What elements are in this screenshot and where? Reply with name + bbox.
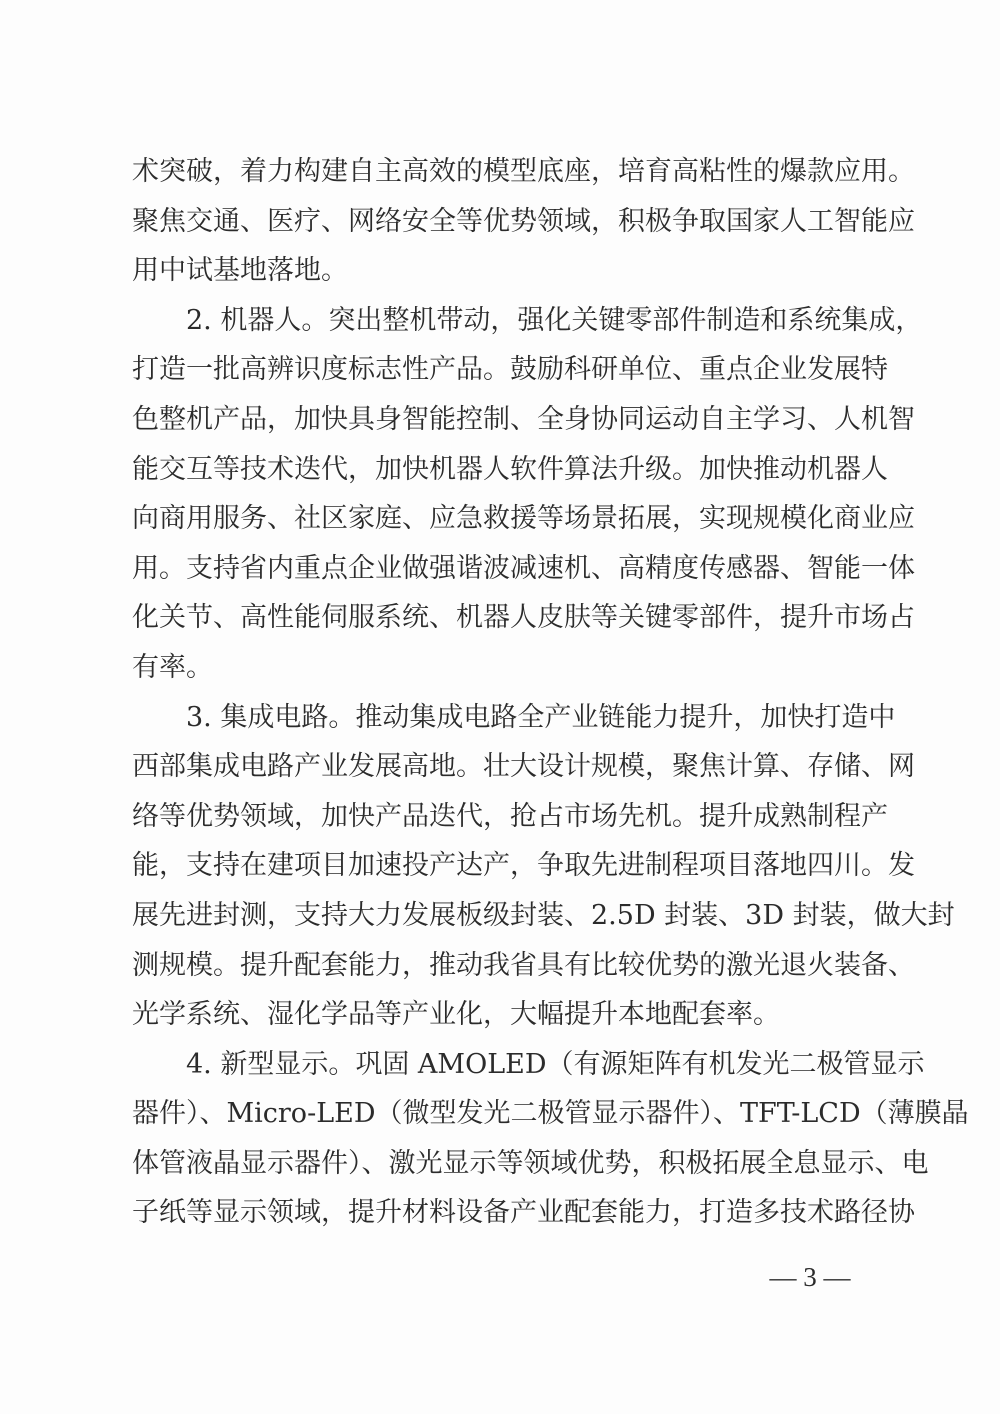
body-text: 术突破，着力构建自主高效的模型底座，培育高粘性的爆款应用。 聚焦交通、医疗、网络… <box>132 147 872 1238</box>
text-line: 术突破，着力构建自主高效的模型底座，培育高粘性的爆款应用。 <box>132 147 872 197</box>
text-line: 器件）、Micro-LED（微型发光二极管显示器件）、TFT-LCD（薄膜晶 <box>132 1089 872 1139</box>
text-line: 打造一批高辨识度标志性产品。鼓励科研单位、重点企业发展特 <box>132 345 872 395</box>
section-heading-new-display: 4. 新型显示。巩固 AMOLED（有源矩阵有机发光二极管显示 <box>132 1040 872 1090</box>
text-line: 测规模。提升配套能力，推动我省具有比较优势的激光退火装备、 <box>132 941 872 991</box>
text-line: 能，支持在建项目加速投产达产，争取先进制程项目落地四川。发 <box>132 841 872 891</box>
text-line: 体管液晶显示器件）、激光显示等领域优势，积极拓展全息显示、电 <box>132 1139 872 1189</box>
text-line: 光学系统、湿化学品等产业化，大幅提升本地配套率。 <box>132 990 872 1040</box>
page-number: — 3 — <box>760 1262 860 1293</box>
text-line: 络等优势领域，加快产品迭代，抢占市场先机。提升成熟制程产 <box>132 792 872 842</box>
document-page: 术突破，着力构建自主高效的模型底座，培育高粘性的爆款应用。 聚焦交通、医疗、网络… <box>0 0 1000 1414</box>
text-line: 有率。 <box>132 643 872 693</box>
text-line: 展先进封测，支持大力发展板级封装、2.5D 封装、3D 封装，做大封 <box>132 891 872 941</box>
text-line: 向商用服务、社区家庭、应急救援等场景拓展，实现规模化商业应 <box>132 494 872 544</box>
section-heading-robots: 2. 机器人。突出整机带动，强化关键零部件制造和系统集成， <box>132 296 872 346</box>
text-line: 能交互等技术迭代，加快机器人软件算法升级。加快推动机器人 <box>132 445 872 495</box>
text-line: 用中试基地落地。 <box>132 246 872 296</box>
text-line: 用。支持省内重点企业做强谐波减速机、高精度传感器、智能一体 <box>132 544 872 594</box>
text-line: 子纸等显示领域，提升材料设备产业配套能力，打造多技术路径协 <box>132 1188 872 1238</box>
text-line: 化关节、高性能伺服系统、机器人皮肤等关键零部件，提升市场占 <box>132 593 872 643</box>
section-heading-integrated-circuits: 3. 集成电路。推动集成电路全产业链能力提升，加快打造中 <box>132 693 872 743</box>
text-line: 西部集成电路产业发展高地。壮大设计规模，聚焦计算、存储、网 <box>132 742 872 792</box>
text-line: 聚焦交通、医疗、网络安全等优势领域，积极争取国家人工智能应 <box>132 197 872 247</box>
text-line: 色整机产品，加快具身智能控制、全身协同运动自主学习、人机智 <box>132 395 872 445</box>
